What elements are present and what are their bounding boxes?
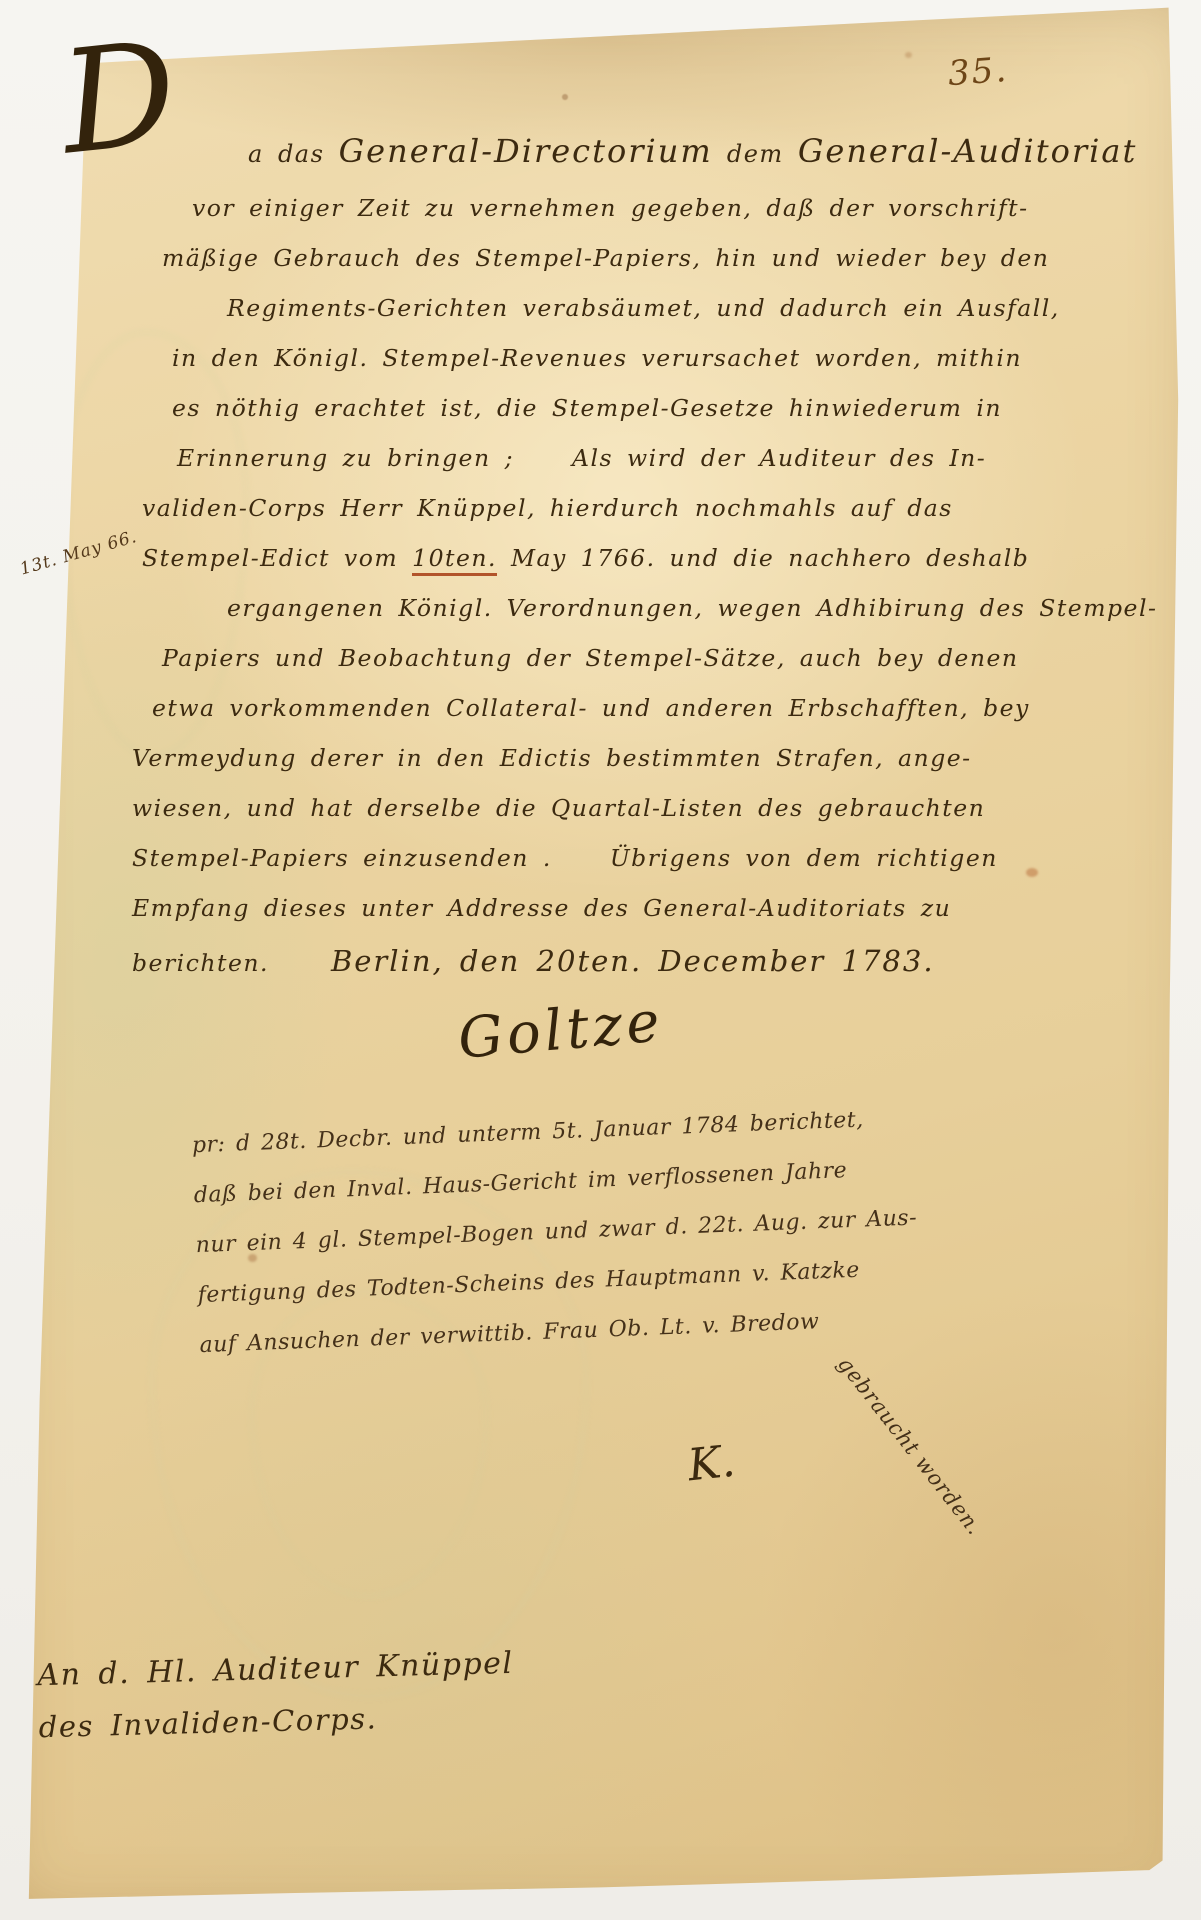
letter-line: vor einiger Zeit zu vernehmen gegeben, d… — [192, 194, 1142, 244]
line-segment: Stempel-Edict vom — [142, 544, 398, 572]
letter-line: wiesen, und hat derselbe die Quartal-Lis… — [132, 794, 1142, 844]
letter-line: mäßige Gebrauch des Stempel-Papiers, hin… — [162, 244, 1142, 294]
postscript-block: pr: d 28t. Decbr. und unterm 5t. Januar … — [191, 1103, 990, 1383]
letter-line: Regiments-Gerichten verabsäumet, und dad… — [227, 294, 1142, 344]
letter-dateline: berichten. Berlin, den 20ten. December 1… — [132, 944, 1142, 994]
document-photo: { "page": { "folio_number": "35.", "marg… — [0, 0, 1201, 1920]
line-segment: Erinnerung zu bringen ; — [177, 444, 514, 472]
letter-line: Vermeydung derer in den Edictis bestimmt… — [132, 744, 1142, 794]
line-segment: Stempel-Papiers einzusenden . — [132, 844, 552, 872]
edict-date-underlined: 10ten. — [412, 544, 497, 576]
line-segment: Als wird der Auditeur des In- — [572, 444, 986, 472]
line-segment: Übrigens von dem richtigen — [610, 844, 998, 872]
letter-line: es nöthig erachtet ist, die Stempel-Gese… — [172, 394, 1142, 444]
line-segment: May 1766. und die nachhero deshalb — [511, 544, 1029, 572]
letter-line: Erinnerung zu bringen ;Als wird der Audi… — [177, 444, 1142, 494]
folio-number: 35. — [947, 50, 1010, 94]
postscript-initial: K. — [685, 1436, 737, 1492]
letter-body: a das General-Directorium dem General-Au… — [132, 132, 1142, 994]
letter-line: Empfang dieses unter Addresse des Genera… — [132, 894, 1142, 944]
letter-opening-line: a das General-Directorium dem General-Au… — [248, 132, 1142, 194]
letter-line: Papiers und Beobachtung der Stempel-Sätz… — [162, 644, 1142, 694]
berlin-date: Berlin, den 20ten. December 1783. — [331, 944, 935, 978]
letter-line: in den Königl. Stempel-Revenues verursac… — [172, 344, 1142, 394]
letter-line-edict: Stempel-Edict vom 10ten. May 1766. und d… — [142, 544, 1142, 594]
addressee-block: An d. Hl. Auditeur Knüppel des Invaliden… — [37, 1646, 515, 1744]
opening-small-text: a das — [248, 140, 324, 168]
letter-line: etwa vorkommenden Collateral- und andere… — [152, 694, 1142, 744]
opening-small-text: dem — [727, 140, 784, 168]
letter-line: Stempel-Papiers einzusenden .Übrigens vo… — [132, 844, 1142, 894]
foxing-spot — [562, 94, 568, 100]
line-segment: berichten. — [132, 949, 269, 977]
letter-line: ergangenen Königl. Verordnungen, wegen A… — [227, 594, 1142, 644]
foxing-spot — [905, 52, 912, 58]
opening-general-auditoriat: General-Auditoriat — [798, 132, 1138, 170]
letter-line: validen-Corps Herr Knüppel, hierdurch no… — [142, 494, 1142, 544]
opening-general-directorium: General-Directorium — [339, 132, 713, 170]
